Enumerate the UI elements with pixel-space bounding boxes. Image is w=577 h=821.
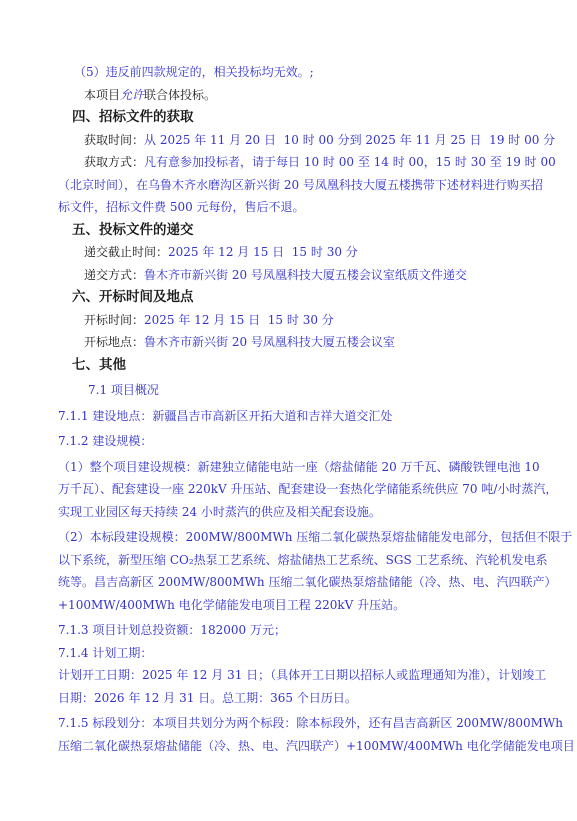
section-heading: 五、投标文件的递交	[0, 219, 577, 242]
text-segment: （1）整个项目建设规模：新建独立储能电站一座（熔盐储能 20 万千瓦、磷酸铁锂电…	[58, 460, 540, 474]
document-line: +100MW/400MWh 电化学储能发电项目工程 220kV 升压站。	[0, 594, 577, 617]
text-segment: 7.1 项目概况	[88, 383, 159, 397]
document-line: （1）整个项目建设规模：新建独立储能电站一座（熔盐储能 20 万千瓦、磷酸铁锂电…	[0, 456, 577, 479]
text-segment: 7.1.4 计划工期：	[58, 646, 152, 660]
text-segment: 鲁木齐市新兴街 20 号凤凰科技大厦五楼会议室纸质文件递交	[144, 268, 467, 282]
text-segment: +100MW/400MWh 电化学储能发电项目工程 220kV 升压站。	[58, 598, 405, 612]
section-heading: 七、其他	[0, 354, 577, 377]
document-line: （北京时间），在乌鲁木齐水磨沟区新兴街 20 号凤凰科技大厦五楼携带下述材料进行…	[0, 174, 577, 197]
document-line: 开标地点：鲁木齐市新兴街 20 号凤凰科技大厦五楼会议室	[0, 331, 577, 354]
document-body: （5）违反前四款规定的，相关投标均无效。;本项目允许联合体投标。四、招标文件的获…	[0, 61, 577, 757]
text-segment: （2）本标段建设规模：200MW/800MWh 压缩二氧化碳热泵熔盐储能发电部分…	[58, 530, 572, 544]
document-line: 以下系统，新型压缩 CO₂热泵工艺系统、熔盐储热工艺系统、SGS 工艺系统、汽轮…	[0, 549, 577, 572]
document-line: 7.1.1 建设地点：新疆昌吉市高新区开拓大道和吉祥大道交汇处	[0, 405, 577, 428]
document-line: 获取方式：凡有意参加投标者，请于每日 10 时 00 至 14 时 00，15 …	[0, 151, 577, 174]
text-segment: 递交方式：	[84, 268, 144, 282]
text-segment: 以下系统，新型压缩 CO₂热泵工艺系统、熔盐储热工艺系统、SGS 工艺系统、汽轮…	[58, 553, 548, 567]
document-page: （5）违反前四款规定的，相关投标均无效。;本项目允许联合体投标。四、招标文件的获…	[0, 0, 577, 821]
text-segment: （北京时间），在乌鲁木齐水磨沟区新兴街 20 号凤凰科技大厦五楼携带下述材料进行…	[58, 178, 543, 192]
text-segment: 2025 年 12 月 15 日 15 时 30 分	[144, 313, 334, 327]
document-line: 7.1.2 建设规模：	[0, 430, 577, 453]
text-segment: 实现工业园区每天持续 24 小时蒸汽的供应及相关配套设施。	[58, 505, 381, 519]
text-segment: 7.1.5 标段划分：本项目共划分为两个标段：除本标段外，还有昌吉高新区 200…	[58, 716, 563, 730]
document-line: 7.1.5 标段划分：本项目共划分为两个标段：除本标段外，还有昌吉高新区 200…	[0, 712, 577, 735]
section-heading: 四、招标文件的获取	[0, 106, 577, 129]
text-segment: 开标地点：	[84, 335, 144, 349]
document-line: 压缩二氧化碳热泵熔盐储能（冷、热、电、汽四联产）+100MW/400MWh 电化…	[0, 735, 577, 758]
text-segment: 六、开标时间及地点	[72, 289, 194, 304]
text-segment: 从 2025 年 11 月 20 日 10 时 00 分到 2025 年 11 …	[144, 133, 555, 147]
document-line: 标文件，招标文件费 500 元每份，售后不退。	[0, 196, 577, 219]
text-segment: 凡有意参加投标者，请于每日 10 时 00 至 14 时 00，15 时 30 …	[144, 155, 556, 169]
document-line: 实现工业园区每天持续 24 小时蒸汽的供应及相关配套设施。	[0, 501, 577, 524]
document-line: 递交方式：鲁木齐市新兴街 20 号凤凰科技大厦五楼会议室纸质文件递交	[0, 264, 577, 287]
document-line: 开标时间：2025 年 12 月 15 日 15 时 30 分	[0, 309, 577, 332]
text-segment: 获取时间：	[84, 133, 144, 147]
text-segment: 七、其他	[72, 357, 126, 372]
text-segment: 鲁木齐市新兴街 20 号凤凰科技大厦五楼会议室	[144, 335, 395, 349]
text-segment: 递交截止时间：	[84, 245, 168, 259]
text-segment: 7.1.2 建设规模：	[58, 434, 152, 448]
document-line: 7.1.4 计划工期：	[0, 642, 577, 665]
document-line: （5）违反前四款规定的，相关投标均无效。;	[0, 61, 577, 84]
document-line: 日期：2026 年 12 月 31 日。总工期：365 个日历日。	[0, 687, 577, 710]
text-segment: 开标时间：	[84, 313, 144, 327]
text-segment: 联合体投标。	[144, 88, 216, 102]
text-segment: 五、投标文件的递交	[72, 222, 194, 237]
document-line: 获取时间：从 2025 年 11 月 20 日 10 时 00 分到 2025 …	[0, 129, 577, 152]
text-segment: 2025 年 12 月 15 日 15 时 30 分	[168, 245, 358, 259]
document-line: 计划开工日期：2025 年 12 月 31 日；（具体开工日期以招标人或监理通知…	[0, 664, 577, 687]
section-heading: 六、开标时间及地点	[0, 286, 577, 309]
document-line: 7.1.3 项目计划总投资额：182000 万元；	[0, 619, 577, 642]
text-segment: （5）违反前四款规定的，相关投标均无效。;	[74, 65, 314, 79]
text-segment: 压缩二氧化碳热泵熔盐储能（冷、热、电、汽四联产）+100MW/400MWh 电化…	[58, 739, 575, 753]
text-segment: 标文件，招标文件费 500 元每份，售后不退。	[58, 200, 305, 214]
document-line: 本项目允许联合体投标。	[0, 84, 577, 107]
document-line: 7.1 项目概况	[0, 379, 577, 402]
text-segment: 允许	[120, 88, 144, 102]
document-line: 万千瓦）、配套建设一座 220kV 升压站、配套建设一套热化学储能系统供应 70…	[0, 478, 577, 501]
text-segment: 获取方式：	[84, 155, 144, 169]
text-segment: 万千瓦）、配套建设一座 220kV 升压站、配套建设一套热化学储能系统供应 70…	[58, 482, 557, 496]
text-segment: 7.1.1 建设地点：新疆昌吉市高新区开拓大道和吉祥大道交汇处	[58, 409, 392, 423]
document-line: （2）本标段建设规模：200MW/800MWh 压缩二氧化碳热泵熔盐储能发电部分…	[0, 526, 577, 549]
document-line: 统等。昌吉高新区 200MW/800MWh 压缩二氧化碳热泵熔盐储能（冷、热、电…	[0, 571, 577, 594]
text-segment: 7.1.3 项目计划总投资额：182000 万元；	[58, 623, 286, 637]
text-segment: 日期：2026 年 12 月 31 日。总工期：365 个日历日。	[58, 691, 357, 705]
text-segment: 统等。昌吉高新区 200MW/800MWh 压缩二氧化碳热泵熔盐储能（冷、热、电…	[58, 575, 556, 589]
text-segment: 计划开工日期：2025 年 12 月 31 日；（具体开工日期以招标人或监理通知…	[58, 668, 546, 682]
document-line: 递交截止时间：2025 年 12 月 15 日 15 时 30 分	[0, 241, 577, 264]
text-segment: 本项目	[84, 88, 120, 102]
text-segment: 四、招标文件的获取	[72, 109, 194, 124]
